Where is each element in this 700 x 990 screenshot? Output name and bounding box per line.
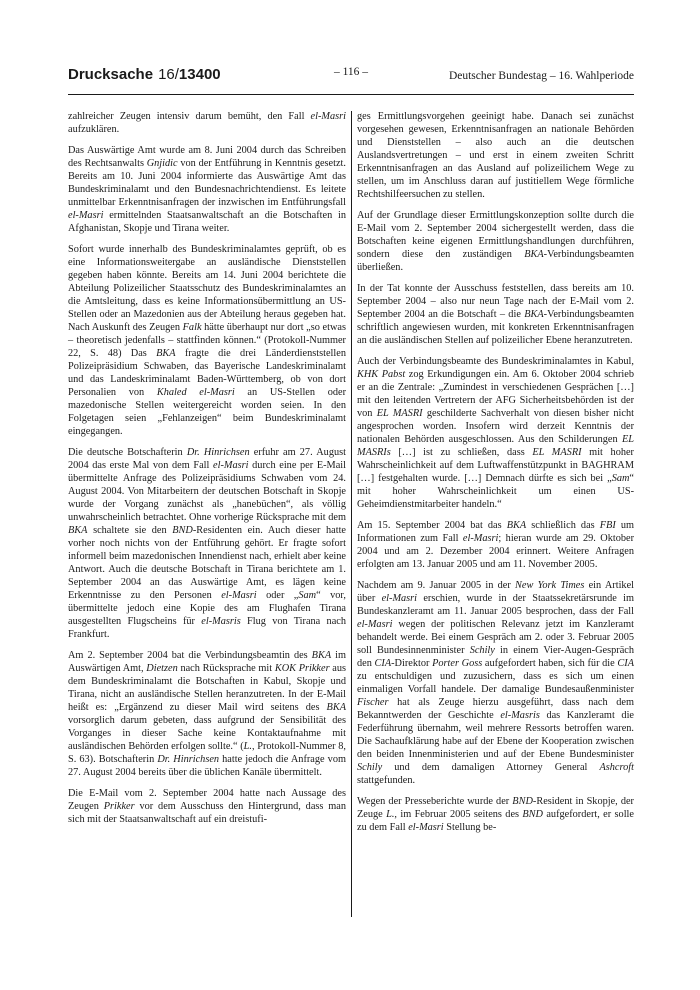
column-divider <box>351 111 352 917</box>
paragraph: Am 15. September 2004 bat das BKA schlie… <box>357 519 634 571</box>
paragraph: Auf der Grundlage dieser Ermittlungskonz… <box>357 209 634 274</box>
paragraph: Die E-Mail vom 2. September 2004 hatte n… <box>68 787 346 826</box>
right-column: ges Ermittlungsvorgehen geeinigt habe. D… <box>357 110 634 842</box>
page-number: – 116 – <box>68 66 634 78</box>
header-rule <box>68 94 634 95</box>
paragraph: Nachdem am 9. Januar 2005 in der New Yor… <box>357 579 634 787</box>
paragraph: In der Tat konnte der Ausschuss feststel… <box>357 282 634 347</box>
paragraph: Auch der Verbindungsbeamte des Bundeskri… <box>357 355 634 511</box>
paragraph: Am 2. September 2004 bat die Verbindungs… <box>68 649 346 779</box>
page-header: Drucksache16/13400 – 116 – Deutscher Bun… <box>68 66 634 83</box>
paragraph: Wegen der Presseberichte wurde der BND-R… <box>357 795 634 834</box>
paragraph: Sofort wurde innerhalb des Bundeskrimina… <box>68 243 346 438</box>
paragraph: ges Ermittlungsvorgehen geeinigt habe. D… <box>357 110 634 201</box>
paragraph: Das Auswärtige Amt wurde am 8. Juni 2004… <box>68 144 346 235</box>
document-page: Drucksache16/13400 – 116 – Deutscher Bun… <box>0 0 700 990</box>
paragraph: Die deutsche Botschafterin Dr. Hinrichse… <box>68 446 346 641</box>
paragraph: zahlreicher Zeugen intensiv darum bemüht… <box>68 110 346 136</box>
left-column: zahlreicher Zeugen intensiv darum bemüht… <box>68 110 346 834</box>
